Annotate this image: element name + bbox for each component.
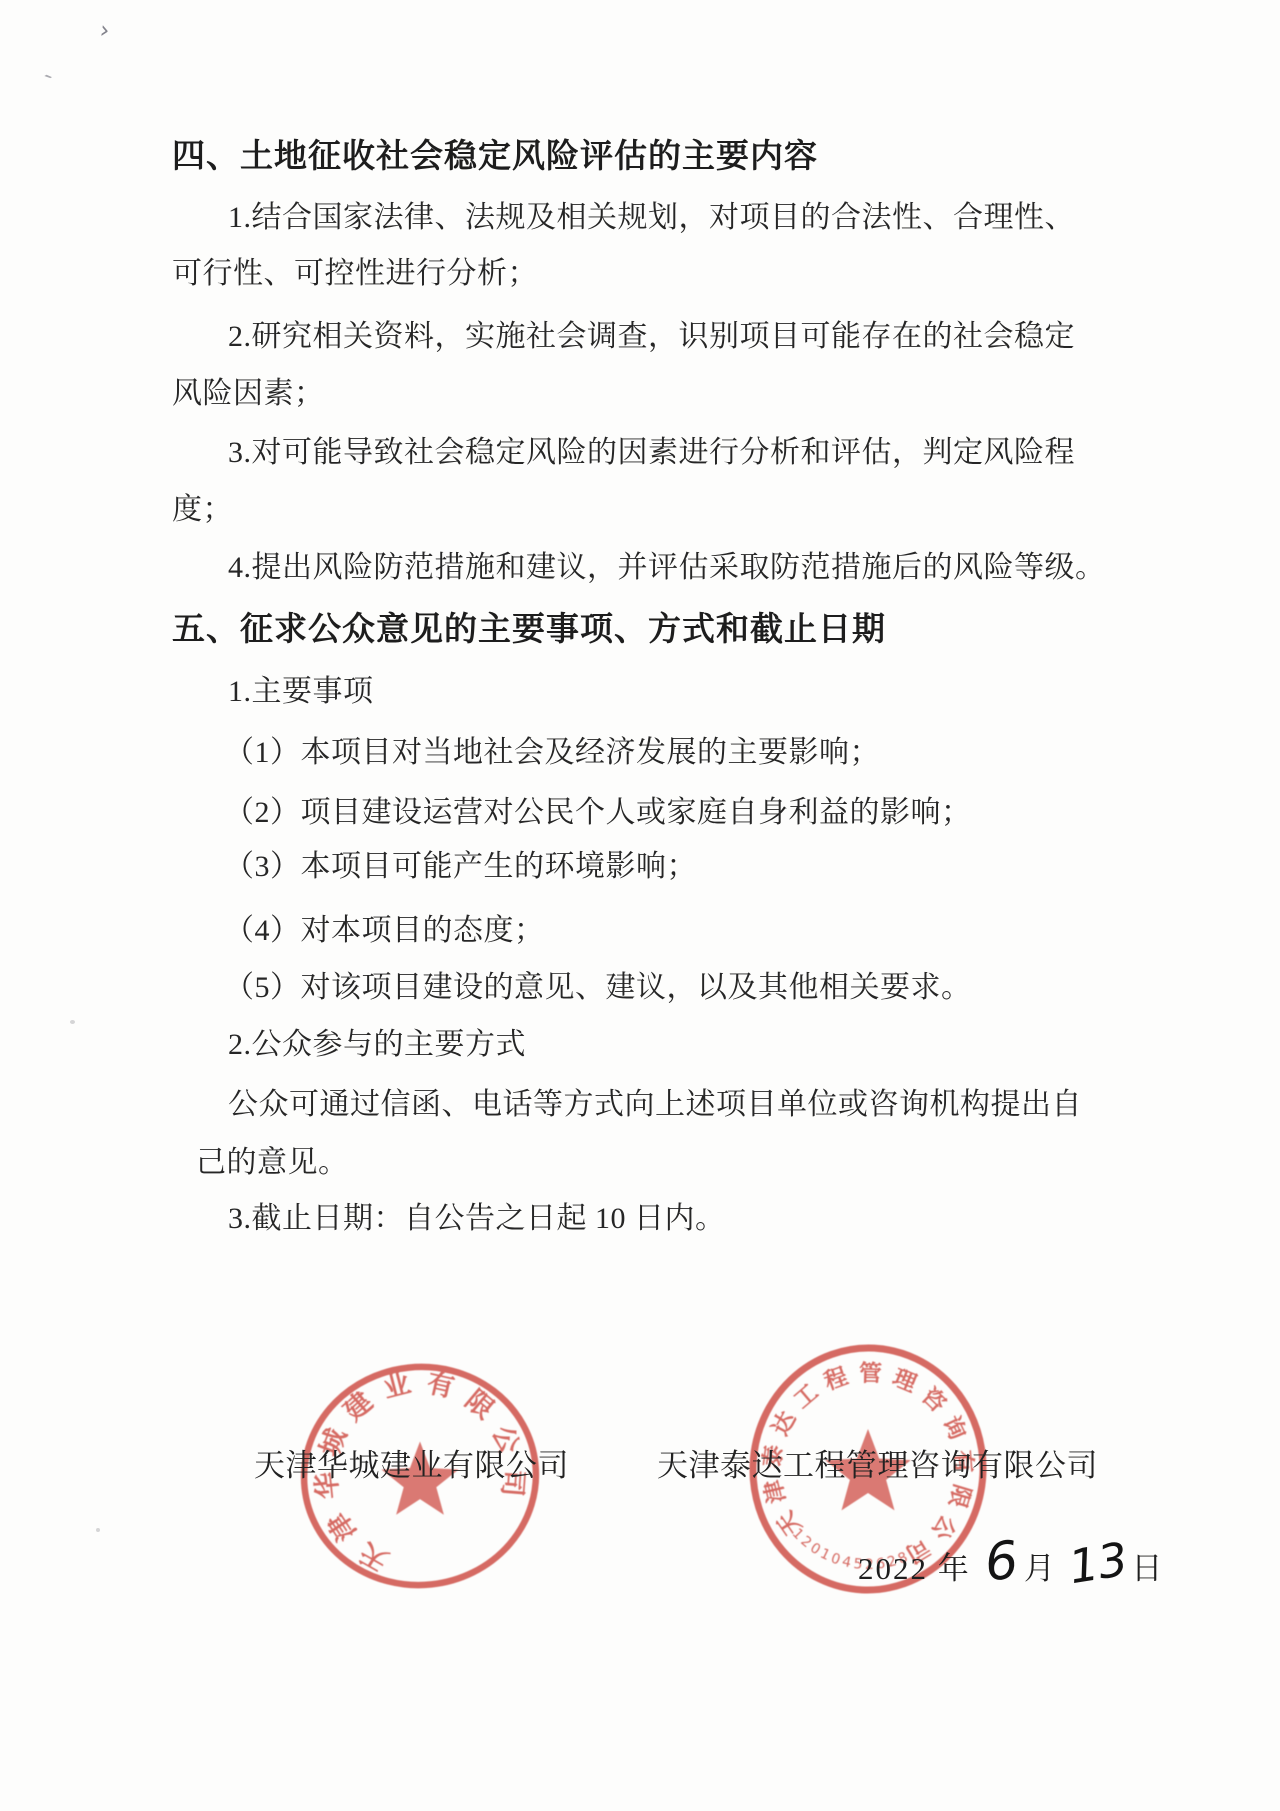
date-month-unit: 月 <box>1024 1543 1057 1588</box>
body-line: 4.提出风险防范措施和建议，并评估采取防范措施后的风险等级。 <box>228 547 1106 589</box>
signature-date: 2022 年 6 月 13 日 <box>858 1532 1164 1592</box>
body-line: 3.对可能导致社会稳定风险的因素进行分析和评估，判定风险程 <box>228 432 1075 474</box>
scan-speckle <box>96 1528 100 1532</box>
body-line: 1.主要事项 <box>228 671 374 713</box>
body-line: 风险因素； <box>172 373 325 415</box>
scan-artifact-mark: ` <box>41 69 67 101</box>
signature-company-right: 天津泰达工程管理咨询有限公司 <box>657 1440 1098 1485</box>
body-line: 3.截止日期：自公告之日起 10 日内。 <box>228 1198 726 1240</box>
body-line: （3）本项目可能产生的环境影响； <box>224 846 697 888</box>
body-line: （4）对本项目的态度； <box>224 910 545 952</box>
date-month-handwritten: 6 <box>982 1530 1021 1593</box>
signature-company-left: 天津华城建业有限公司 <box>254 1440 569 1485</box>
body-line: （5）对该项目建设的意见、建议，以及其他相关要求。 <box>224 967 972 1009</box>
body-line: （2）项目建设运营对公民个人或家庭自身利益的影响； <box>224 792 972 834</box>
body-line: （1）本项目对当地社会及经济发展的主要影响； <box>224 732 880 774</box>
scan-artifact-mark: › <box>98 15 111 44</box>
body-line: 2.研究相关资料，实施社会调查，识别项目可能存在的社会稳定 <box>228 316 1075 358</box>
body-line: 己的意见。 <box>196 1142 349 1184</box>
section-heading: 五、征求公众意见的主要事项、方式和截止日期 <box>172 609 886 651</box>
body-line: 度； <box>172 489 233 531</box>
date-day-handwritten: 13 <box>1065 1532 1131 1594</box>
body-line: 1.结合国家法律、法规及相关规划，对项目的合法性、合理性、 <box>228 197 1075 239</box>
body-line: 可行性、可控性进行分析； <box>172 253 538 295</box>
body-line: 公众可通过信函、电话等方式向上述项目单位或咨询机构提出自 <box>228 1084 1082 1126</box>
scanned-document-page: › ` 四、土地征收社会稳定风险评估的主要内容 1.结合国家法律、法规及相关规划… <box>0 0 1280 1811</box>
scan-speckle <box>70 1020 75 1024</box>
section-heading: 四、土地征收社会稳定风险评估的主要内容 <box>172 136 818 178</box>
date-year: 2022 年 <box>858 1543 971 1588</box>
body-line: 2.公众参与的主要方式 <box>228 1024 526 1066</box>
date-day-unit: 日 <box>1131 1543 1164 1588</box>
